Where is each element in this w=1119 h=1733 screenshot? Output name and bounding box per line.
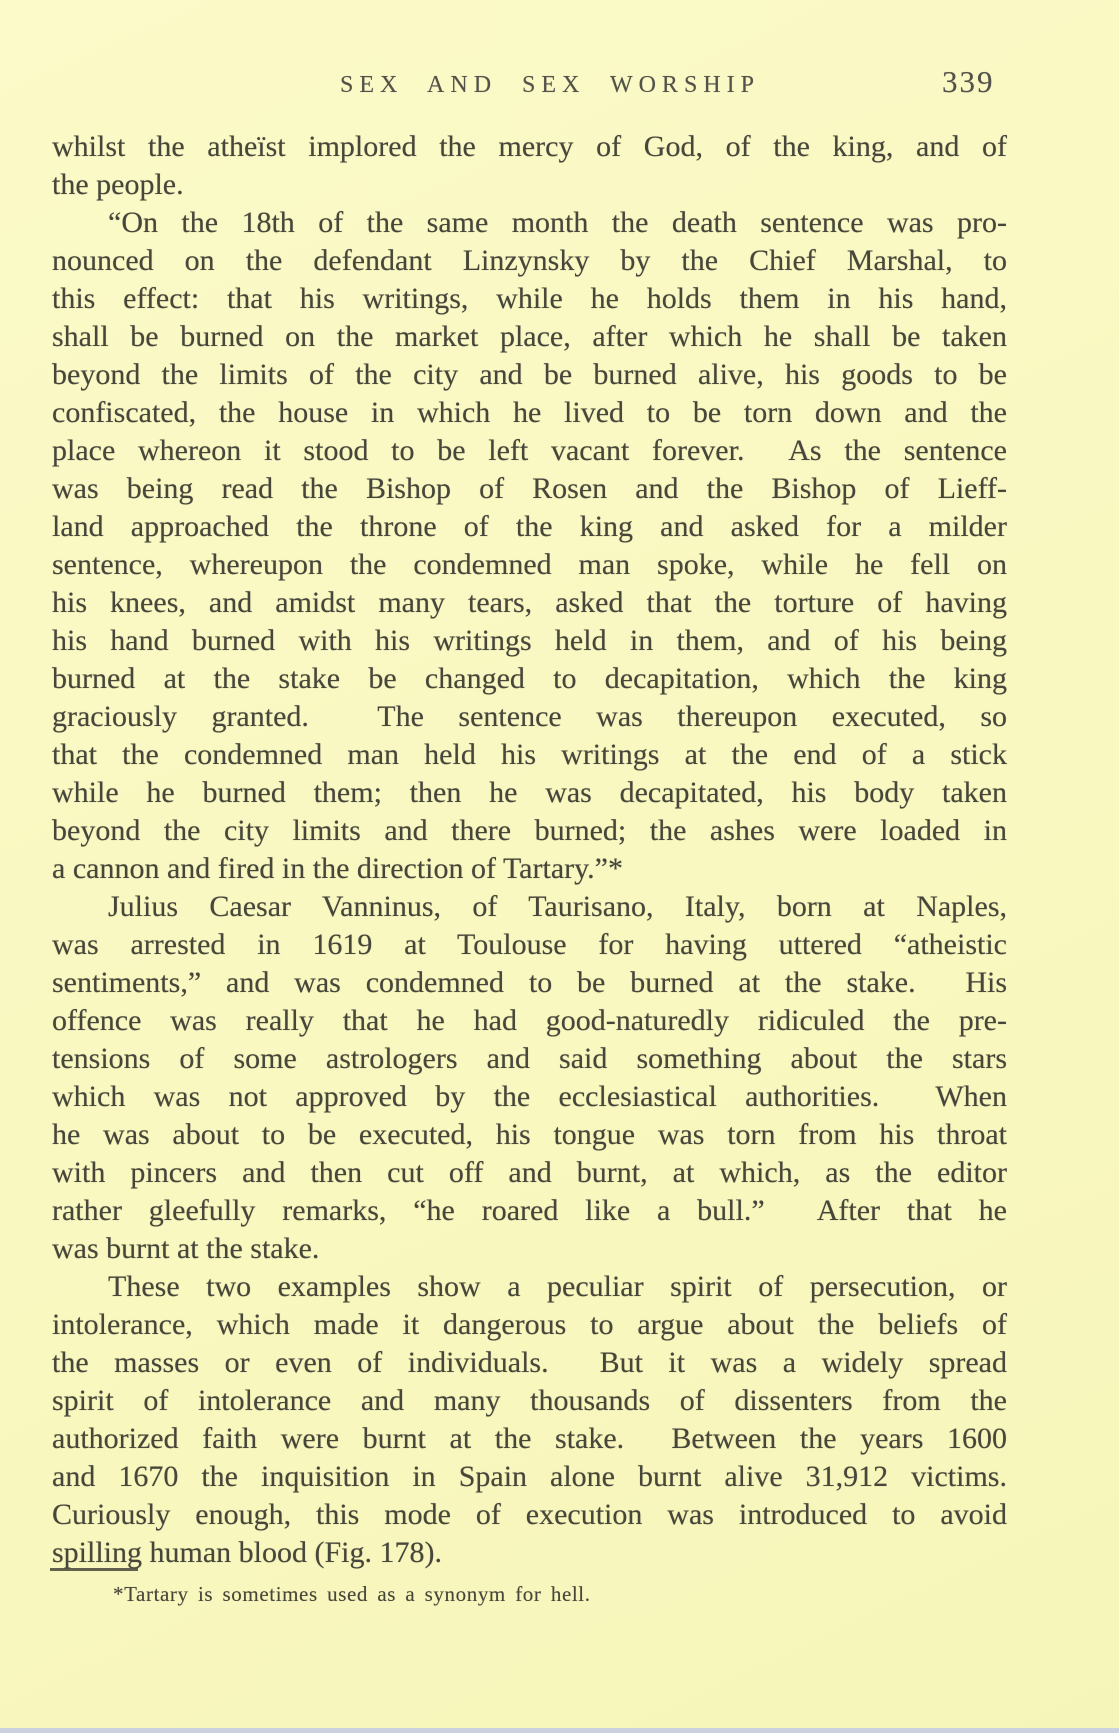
text-line: he was about to be executed, his tongue … xyxy=(52,1116,1007,1154)
text-line: whilst the atheïst implored the mercy of… xyxy=(52,128,1007,166)
text-line: intolerance, which made it dangerous to … xyxy=(52,1306,1007,1344)
paragraph: whilst the atheïst implored the mercy of… xyxy=(52,128,1007,204)
text-line: a cannon and fired in the direction of T… xyxy=(52,850,1007,888)
paragraph: “On the 18th of the same month the death… xyxy=(52,204,1007,888)
text-line: his knees, and amidst many tears, asked … xyxy=(52,584,1007,622)
text-line: shall be burned on the market place, aft… xyxy=(52,318,1007,356)
text-line: place whereon it stood to be left vacant… xyxy=(52,432,1007,470)
page-number: 339 xyxy=(942,64,1012,100)
text-line: beyond the city limits and there burned;… xyxy=(52,812,1007,850)
body-text-block: whilst the atheïst implored the mercy of… xyxy=(52,128,1007,1572)
paragraph: Julius Caesar Vanninus, of Taurisano, It… xyxy=(52,888,1007,1268)
footnote-rule xyxy=(50,1568,138,1571)
text-line: was being read the Bishop of Rosen and t… xyxy=(52,470,1007,508)
text-line: authorized faith were burnt at the stake… xyxy=(52,1420,1007,1458)
text-line: graciously granted. The sentence was the… xyxy=(52,698,1007,736)
text-line: tensions of some astrologers and said so… xyxy=(52,1040,1007,1078)
text-line: with pincers and then cut off and burnt,… xyxy=(52,1154,1007,1192)
text-line: nounced on the defendant Linzynsky by th… xyxy=(52,242,1007,280)
text-line: burned at the stake be changed to decapi… xyxy=(52,660,1007,698)
text-line: These two examples show a peculiar spiri… xyxy=(52,1268,1007,1306)
text-line: beyond the limits of the city and be bur… xyxy=(52,356,1007,394)
text-line: spirit of intolerance and many thousands… xyxy=(52,1382,1007,1420)
text-line: the people. xyxy=(52,166,1007,204)
book-page: SEX AND SEX WORSHIP 339 whilst the atheï… xyxy=(0,0,1119,1733)
text-line: offence was really that he had good-natu… xyxy=(52,1002,1007,1040)
text-line: was burnt at the stake. xyxy=(52,1230,1007,1268)
footnote-text: *Tartary is sometimes used as a synonym … xyxy=(113,1582,591,1607)
text-line: and 1670 the inquisition in Spain alone … xyxy=(52,1458,1007,1496)
text-line: his hand burned with his writings held i… xyxy=(52,622,1007,660)
text-line: Julius Caesar Vanninus, of Taurisano, It… xyxy=(52,888,1007,926)
text-line: which was not approved by the ecclesiast… xyxy=(52,1078,1007,1116)
text-line: land approached the throne of the king a… xyxy=(52,508,1007,546)
paragraph: These two examples show a peculiar spiri… xyxy=(52,1268,1007,1572)
text-line: the masses or even of individuals. But i… xyxy=(52,1344,1007,1382)
text-line: “On the 18th of the same month the death… xyxy=(52,204,1007,242)
text-line: this effect: that his writings, while he… xyxy=(52,280,1007,318)
page-bottom-edge xyxy=(0,1728,1119,1733)
text-line: Curiously enough, this mode of execution… xyxy=(52,1496,1007,1534)
text-line: while he burned them; then he was decapi… xyxy=(52,774,1007,812)
text-line: was arrested in 1619 at Toulouse for hav… xyxy=(52,926,1007,964)
text-line: sentiments,” and was condemned to be bur… xyxy=(52,964,1007,1002)
text-line: sentence, whereupon the condemned man sp… xyxy=(52,546,1007,584)
running-header-title: SEX AND SEX WORSHIP xyxy=(85,72,1015,99)
text-line: confiscated, the house in which he lived… xyxy=(52,394,1007,432)
text-line: that the condemned man held his writings… xyxy=(52,736,1007,774)
text-line: rather gleefully remarks, “he roared lik… xyxy=(52,1192,1007,1230)
text-line: spilling human blood (Fig. 178). xyxy=(52,1534,1007,1572)
